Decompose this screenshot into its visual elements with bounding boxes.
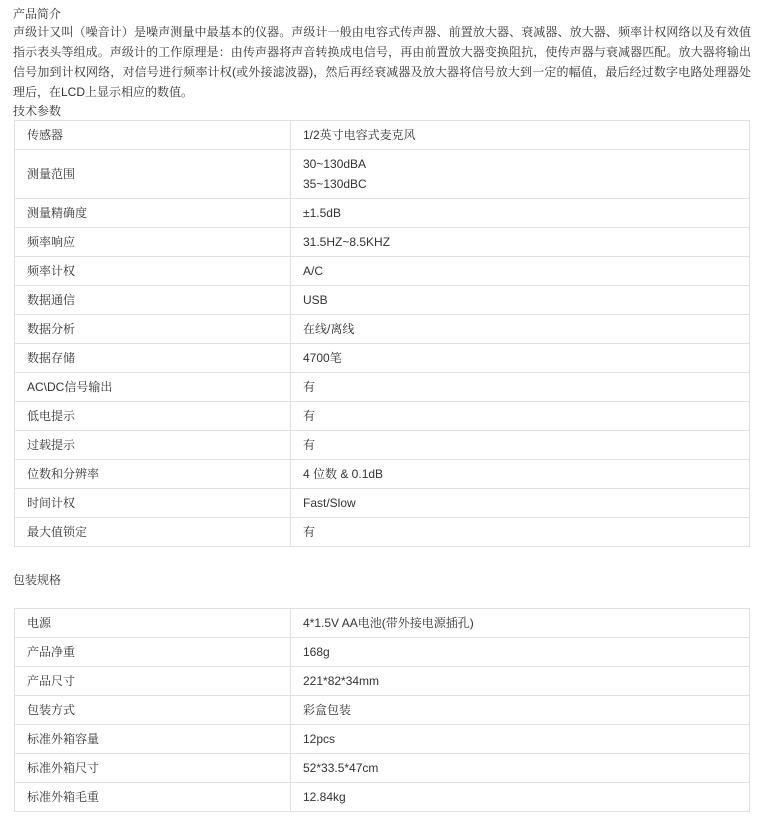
spec-label: AC\DC信号输出 bbox=[15, 373, 291, 402]
spec-value: 52*33.5*47cm bbox=[291, 754, 750, 783]
spec-row: 标准外箱尺寸52*33.5*47cm bbox=[15, 754, 750, 783]
spec-value: 4700笔 bbox=[291, 344, 750, 373]
spec-label: 数据通信 bbox=[15, 286, 291, 315]
spec-row: 最大值锁定有 bbox=[15, 518, 750, 547]
spec-row: 位数和分辨率4 位数 & 0.1dB bbox=[15, 460, 750, 489]
spec-row: 产品净重168g bbox=[15, 638, 750, 667]
spec-row: 测量精确度±1.5dB bbox=[15, 199, 750, 228]
spec-row: 低电提示有 bbox=[15, 402, 750, 431]
spec-row: 频率响应31.5HZ~8.5KHZ bbox=[15, 228, 750, 257]
packing-specs-heading: 包装规格 bbox=[13, 573, 750, 588]
spec-value: 4*1.5V AA电池(带外接电源插孔) bbox=[291, 609, 750, 638]
spec-row: 数据分析在线/离线 bbox=[15, 315, 750, 344]
spec-value: 有 bbox=[291, 373, 750, 402]
spec-row: 传感器1/2英寸电容式麦克风 bbox=[15, 121, 750, 150]
spec-label: 标准外箱容量 bbox=[15, 725, 291, 754]
intro-title: 产品简介 bbox=[13, 6, 750, 22]
spec-label: 位数和分辨率 bbox=[15, 460, 291, 489]
spec-value: 30~130dBA35~130dBC bbox=[291, 150, 750, 199]
spec-row: 数据通信USB bbox=[15, 286, 750, 315]
spec-row: 测量范围30~130dBA35~130dBC bbox=[15, 150, 750, 199]
spec-row: AC\DC信号输出有 bbox=[15, 373, 750, 402]
spec-row: 产品尺寸221*82*34mm bbox=[15, 667, 750, 696]
tech-specs-heading: 技术参数 bbox=[13, 102, 750, 120]
spec-row: 标准外箱容量12pcs bbox=[15, 725, 750, 754]
tech-specs-table: 传感器1/2英寸电容式麦克风测量范围30~130dBA35~130dBC测量精确… bbox=[14, 120, 750, 547]
spec-value: 168g bbox=[291, 638, 750, 667]
spec-value: 有 bbox=[291, 402, 750, 431]
spec-label: 时间计权 bbox=[15, 489, 291, 518]
spec-value: Fast/Slow bbox=[291, 489, 750, 518]
spec-label: 最大值锁定 bbox=[15, 518, 291, 547]
spec-value: 31.5HZ~8.5KHZ bbox=[291, 228, 750, 257]
spacer bbox=[13, 588, 750, 608]
spec-row: 电源4*1.5V AA电池(带外接电源插孔) bbox=[15, 609, 750, 638]
spec-label: 数据分析 bbox=[15, 315, 291, 344]
spec-value: A/C bbox=[291, 257, 750, 286]
spec-value: 有 bbox=[291, 431, 750, 460]
spec-value: 彩盒包装 bbox=[291, 696, 750, 725]
spec-label: 数据存储 bbox=[15, 344, 291, 373]
spec-label: 产品尺寸 bbox=[15, 667, 291, 696]
spec-label: 标准外箱毛重 bbox=[15, 783, 291, 812]
spec-label: 传感器 bbox=[15, 121, 291, 150]
spec-label: 过载提示 bbox=[15, 431, 291, 460]
spec-value: 221*82*34mm bbox=[291, 667, 750, 696]
spec-label: 测量范围 bbox=[15, 150, 291, 199]
packing-specs-table: 电源4*1.5V AA电池(带外接电源插孔)产品净重168g产品尺寸221*82… bbox=[14, 608, 750, 812]
spec-value: 1/2英寸电容式麦克风 bbox=[291, 121, 750, 150]
spec-label: 标准外箱尺寸 bbox=[15, 754, 291, 783]
spec-label: 电源 bbox=[15, 609, 291, 638]
intro-paragraph: 声级计又叫（噪音计）是噪声测量中最基本的仪器。声级计一般由电容式传声器、前置放大… bbox=[13, 22, 751, 102]
spec-label: 低电提示 bbox=[15, 402, 291, 431]
spec-value: 有 bbox=[291, 518, 750, 547]
spec-row: 时间计权Fast/Slow bbox=[15, 489, 750, 518]
spec-label: 频率响应 bbox=[15, 228, 291, 257]
spec-row: 包装方式彩盒包装 bbox=[15, 696, 750, 725]
spec-row: 过载提示有 bbox=[15, 431, 750, 460]
spec-label: 测量精确度 bbox=[15, 199, 291, 228]
packing-specs-table-body: 电源4*1.5V AA电池(带外接电源插孔)产品净重168g产品尺寸221*82… bbox=[15, 609, 750, 812]
spec-value: USB bbox=[291, 286, 750, 315]
spec-row: 数据存储4700笔 bbox=[15, 344, 750, 373]
spec-row: 频率计权A/C bbox=[15, 257, 750, 286]
spec-label: 包装方式 bbox=[15, 696, 291, 725]
spec-value: ±1.5dB bbox=[291, 199, 750, 228]
spec-value: 在线/离线 bbox=[291, 315, 750, 344]
tech-specs-table-body: 传感器1/2英寸电容式麦克风测量范围30~130dBA35~130dBC测量精确… bbox=[15, 121, 750, 547]
product-detail-page: 产品简介 声级计又叫（噪音计）是噪声测量中最基本的仪器。声级计一般由电容式传声器… bbox=[0, 0, 762, 812]
spec-label: 频率计权 bbox=[15, 257, 291, 286]
spec-value: 12pcs bbox=[291, 725, 750, 754]
spec-label: 产品净重 bbox=[15, 638, 291, 667]
spec-value: 4 位数 & 0.1dB bbox=[291, 460, 750, 489]
spec-value: 12.84kg bbox=[291, 783, 750, 812]
spec-row: 标准外箱毛重12.84kg bbox=[15, 783, 750, 812]
